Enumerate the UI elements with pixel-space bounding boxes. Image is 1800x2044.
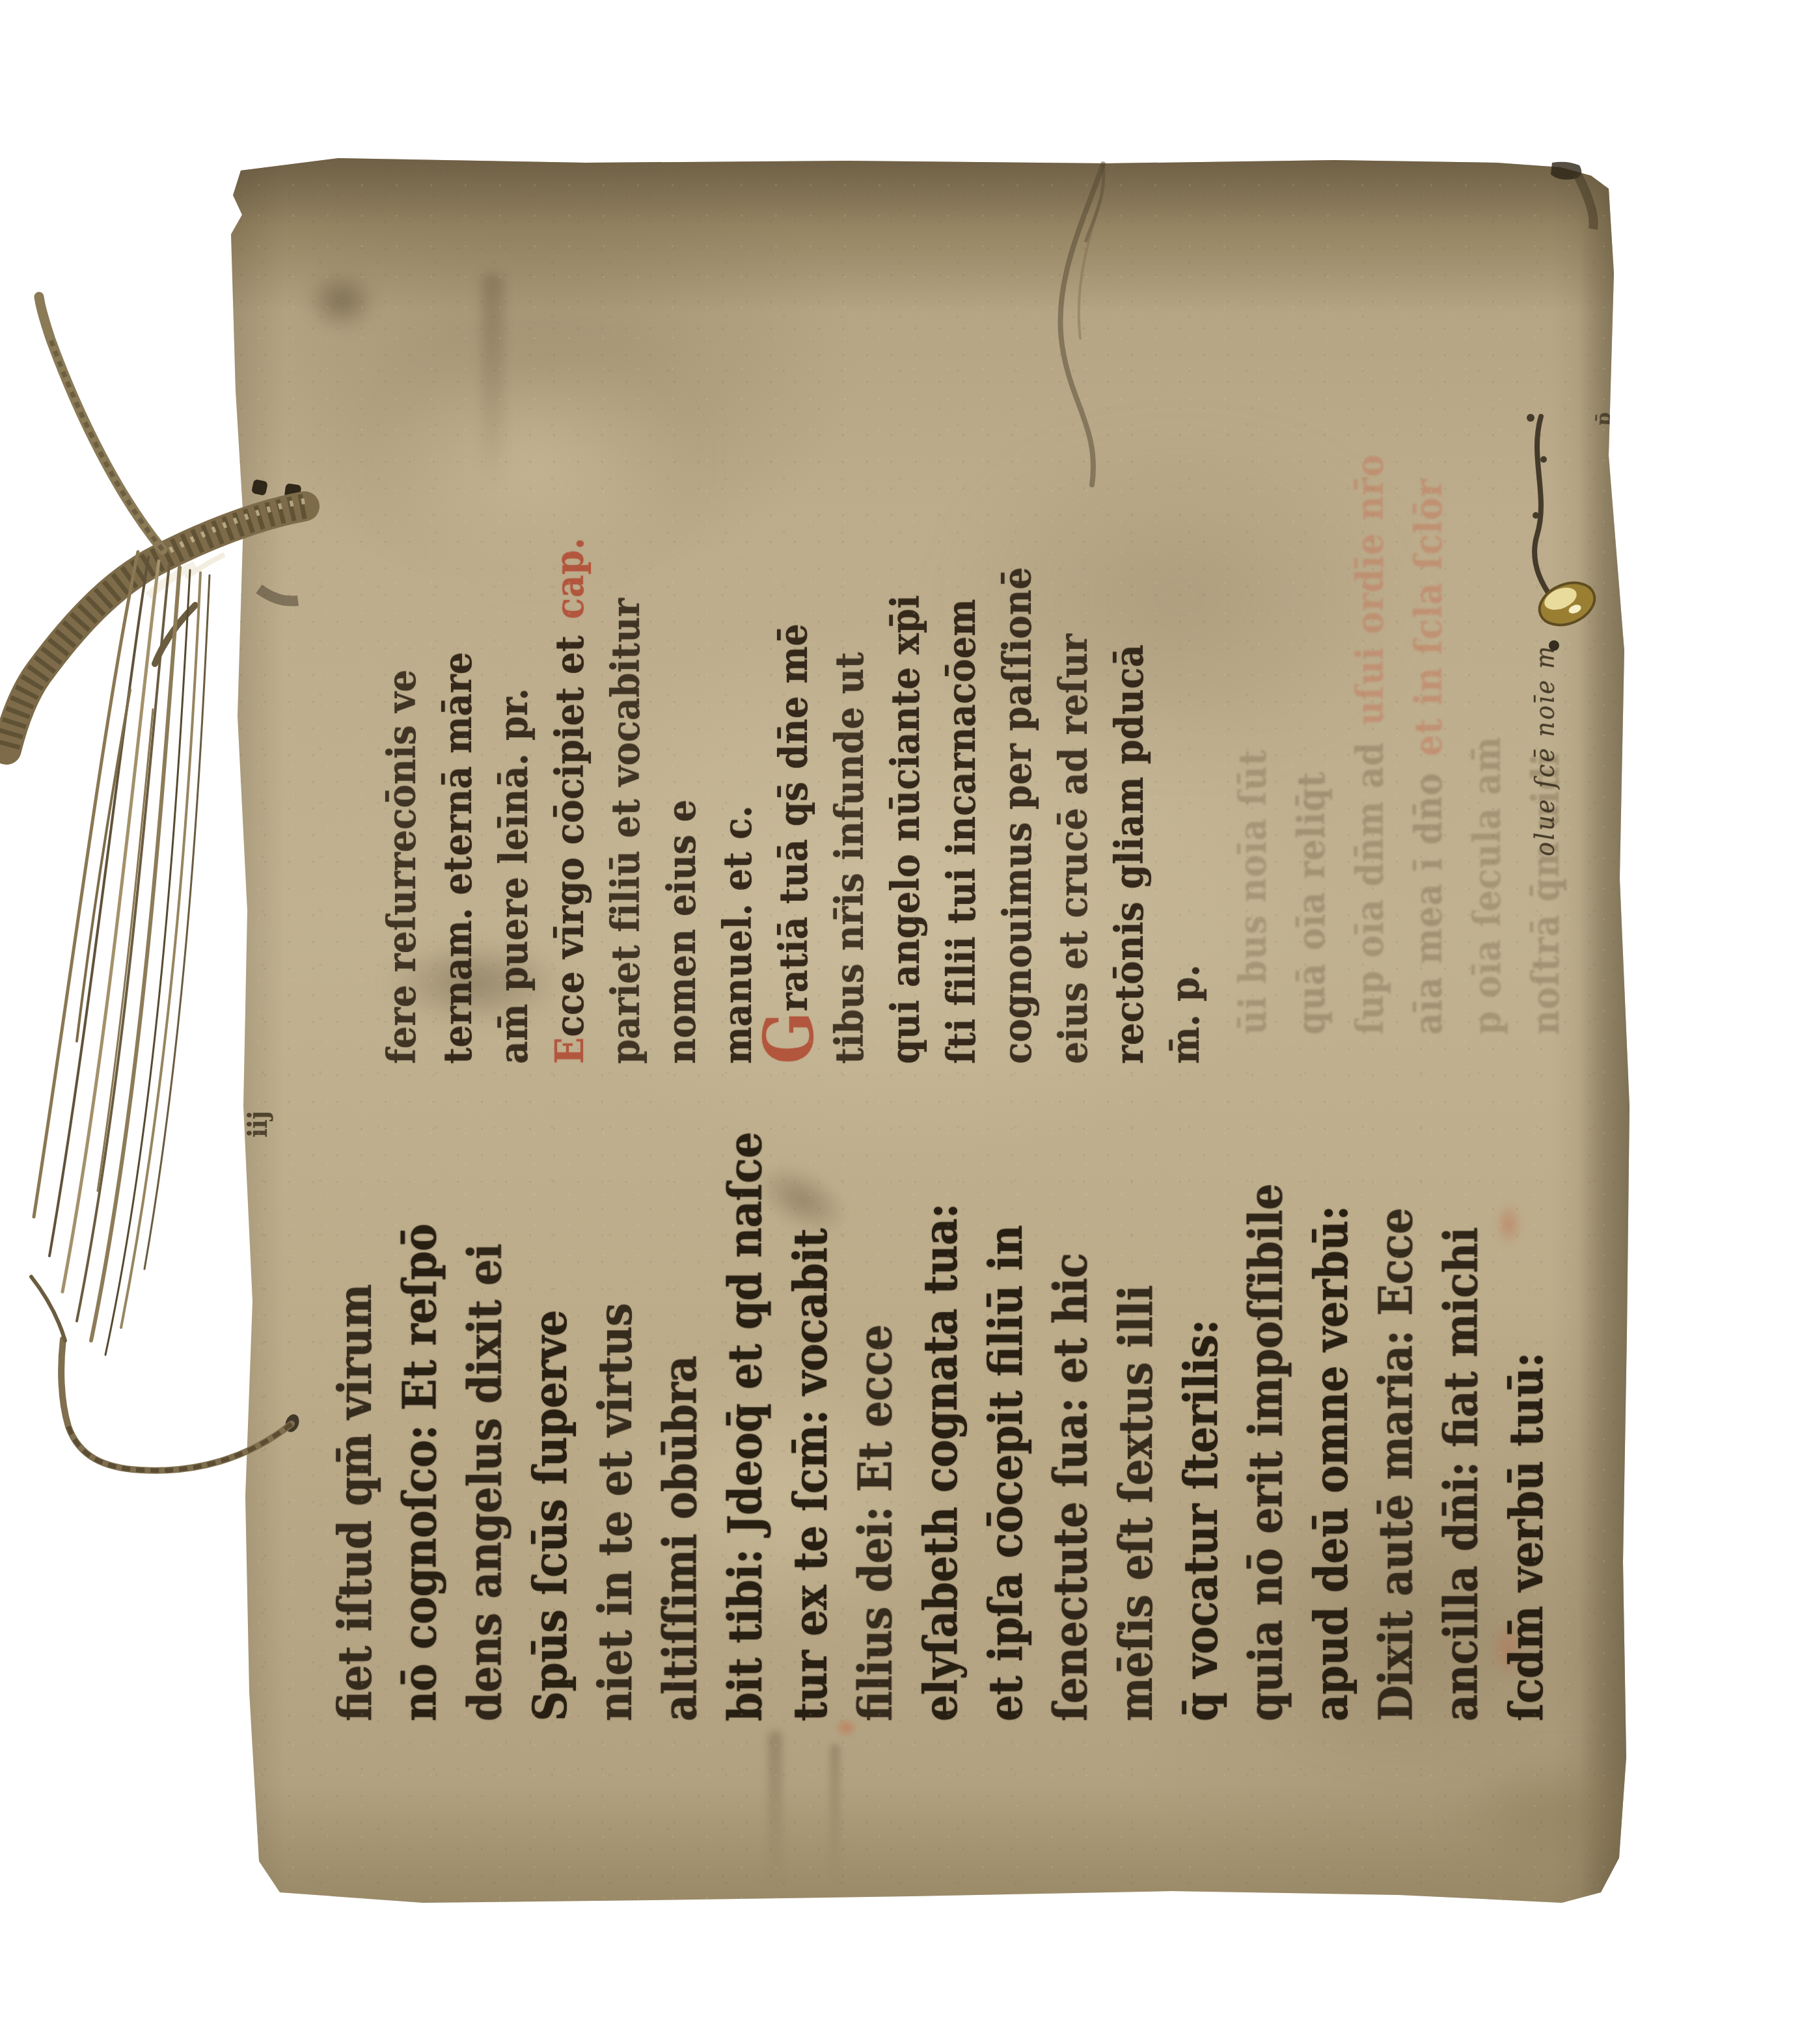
line-text: Dixit autē maria: Ecce bbox=[1369, 1208, 1423, 1721]
text-line: ancilla dn̄i: fiat michi bbox=[1426, 1178, 1496, 1721]
edge-inscription: olue ſcē noīe m bbox=[1524, 577, 1566, 856]
text-line: ſcdm̄ verbū tuū: bbox=[1492, 1178, 1561, 1721]
line-text: ratiā tuā qs̄ dn̄e mē bbox=[771, 623, 817, 1011]
text-line: manuel. et c. bbox=[708, 427, 768, 1064]
line-text: ſenectute ſua: et hic bbox=[1043, 1253, 1097, 1721]
line-text: cognouimus per paſſionē bbox=[995, 567, 1041, 1064]
text-line: pariet filiū et vocabitur bbox=[596, 427, 656, 1064]
line-text: olue ſcē noīe m bbox=[1529, 644, 1560, 856]
line-text: qui angelo nūciante xp̄i bbox=[883, 595, 929, 1064]
quire-signature-text: iij bbox=[239, 1085, 276, 1138]
text-line: Spūs ſcūs ſuperve bbox=[515, 1178, 585, 1721]
text-line: elyſabeth cognata tua: bbox=[906, 1178, 975, 1721]
text-line: am̄ puere leīnā. pr. bbox=[484, 427, 544, 1064]
text-line: et ipſa cōcepit filiū in bbox=[971, 1178, 1041, 1721]
text-line: q̄ vocatur ſterilis: bbox=[1166, 1178, 1236, 1721]
line-text: aīa mea ī dn̄o bbox=[1406, 772, 1451, 1035]
text-line: ſenectute ſua: et hic bbox=[1036, 1178, 1106, 1721]
line-text: quā oīa reliq̄t bbox=[1289, 771, 1333, 1035]
lower-text-block: fiet iſtud qm̄ virumnō cognoſco: Et reſp… bbox=[322, 1155, 1559, 1721]
manuscript-cover: fere reſurrecōnis veternam. eternā mārea… bbox=[229, 155, 1635, 1907]
upper-text-lines: fere reſurrecōnis veternam. eternā mārea… bbox=[374, 400, 1214, 1064]
line-text: apud deū omne verbū: bbox=[1303, 1205, 1357, 1721]
text-line: cognouimus per paſſionē bbox=[988, 427, 1048, 1064]
stain bbox=[1451, 1751, 1666, 1874]
rubric-initial: E bbox=[547, 1037, 593, 1064]
text-line: tur ex te ſcm̄: vocabit bbox=[776, 1178, 845, 1721]
stain bbox=[742, 1149, 862, 1250]
line-text: ſti filii tui incarnacōem bbox=[939, 599, 985, 1064]
text-line: p oīa ſecula am̄ bbox=[1456, 251, 1518, 1035]
text-line: fere reſurrecōnis ve bbox=[372, 427, 432, 1064]
line-text: pariet filiū et vocabitur bbox=[603, 598, 649, 1064]
line-text: fere reſurrecōnis ve bbox=[379, 670, 426, 1064]
line-text: nō cognoſco: Et reſpō bbox=[392, 1223, 446, 1721]
rubric-text: cap. bbox=[547, 538, 593, 620]
rubric-initial: G bbox=[750, 1011, 830, 1064]
line-text: manuel. et c. bbox=[715, 806, 761, 1064]
text-line: Dixit autē maria: Ecce bbox=[1361, 1178, 1431, 1721]
line-text: m̄. p. bbox=[1163, 964, 1209, 1064]
line-text: iij bbox=[241, 1111, 273, 1138]
line-text: cce vīrgo cōcipiet et bbox=[547, 635, 593, 1037]
text-line: dens angelus dixit ei bbox=[450, 1178, 520, 1721]
line-text: p oīa ſecula am̄ bbox=[1465, 736, 1509, 1035]
line-text: Spūs ſcūs ſuperve bbox=[523, 1310, 577, 1721]
text-line: quā oīa reliq̄t bbox=[1280, 251, 1343, 1035]
line-text: dens angelus dixit ei bbox=[457, 1244, 511, 1721]
text-line: m̄. p. bbox=[1156, 427, 1216, 1064]
line-text: ūi bus noīa ſūt bbox=[1231, 749, 1275, 1035]
text-line: Gratiā tuā qs̄ dn̄e mē bbox=[764, 427, 824, 1064]
line-text: tibus nr̄is infunde ut bbox=[827, 652, 873, 1064]
line-text: elyſabeth cognata tua: bbox=[913, 1203, 967, 1721]
stain bbox=[306, 270, 377, 332]
fringe-threads bbox=[34, 552, 210, 1355]
line-text: filius dei: Et ecce bbox=[848, 1324, 902, 1721]
bleedthrough-lines: ūi bus noīa ſūtquā oīa reliq̄tſup oīa dn… bbox=[1223, 218, 1578, 1035]
line-text: ſup oīa dn̄m ad bbox=[1348, 742, 1392, 1035]
text-line: ſti filii tui incarnacōem bbox=[932, 427, 992, 1064]
line-text: ſcdm̄ verbū tuū: bbox=[1499, 1352, 1553, 1721]
fore-edge-turnover bbox=[1579, 155, 1635, 1907]
text-line: ſup oīa dn̄m aduſui ordīe nr̄o bbox=[1339, 251, 1401, 1035]
line-text: altiſſimi obūbra bbox=[653, 1356, 707, 1721]
line-text: tur ex te ſcm̄: vocabit bbox=[783, 1229, 837, 1721]
text-line: altiſſimi obūbra bbox=[646, 1178, 715, 1721]
text-line: bit tibi: Jdeoq̄ et qd naſce bbox=[711, 1178, 780, 1721]
stain bbox=[580, 1359, 984, 1632]
text-line: mēſis eſt ſextus illi bbox=[1101, 1178, 1171, 1721]
line-text: ternam. eternā māre bbox=[435, 652, 482, 1064]
stain bbox=[384, 940, 566, 1025]
line-text: noſtrā q̄m uidi bbox=[1523, 753, 1568, 1035]
text-line: filius dei: Et ecce bbox=[841, 1178, 910, 1721]
line-text: et ipſa cōcepit filiū in bbox=[978, 1225, 1032, 1721]
text-line: qui angelo nūciante xp̄i bbox=[876, 427, 936, 1064]
red-offset-mark bbox=[1490, 1618, 1525, 1680]
line-text: eius et crucē ad reſur bbox=[1051, 634, 1097, 1064]
stain bbox=[1231, 1489, 1570, 1769]
rubric-text: uſui ordīe nr̄o bbox=[1348, 454, 1392, 725]
red-offset-mark bbox=[1494, 1201, 1523, 1247]
upper-text-block: fere reſurrecōnis veternam. eternā mārea… bbox=[374, 400, 1214, 1064]
line-text: q̄ vocatur ſterilis: bbox=[1173, 1320, 1227, 1721]
line-text: quia nō erit impoſſibile bbox=[1238, 1184, 1292, 1721]
stain bbox=[768, 1731, 782, 1887]
line-text: am̄ puere leīnā. pr. bbox=[491, 688, 538, 1064]
text-line: aīa mea ī dn̄oet in ſcla ſclōr bbox=[1397, 251, 1460, 1035]
line-text: rectōnis gliam pducā bbox=[1107, 644, 1153, 1064]
text-line: iij bbox=[238, 1087, 277, 1138]
red-offset-mark bbox=[834, 1718, 858, 1737]
text-line: nomen eius e bbox=[652, 427, 712, 1064]
line-text: ancilla dn̄i: fiat michi bbox=[1434, 1227, 1488, 1721]
line-text: nomen eius e bbox=[659, 800, 705, 1065]
text-line: apud deū omne verbū: bbox=[1296, 1178, 1366, 1721]
stain bbox=[482, 273, 504, 488]
text-line: tibus nr̄is infunde ut bbox=[820, 427, 880, 1064]
text-line: noſtrā q̄m uidi bbox=[1514, 251, 1577, 1035]
line-text: bit tibi: Jdeoq̄ et qd naſce bbox=[718, 1132, 772, 1721]
text-line: fiet iſtud qm̄ virum bbox=[320, 1178, 390, 1721]
text-line: nō cognoſco: Et reſpō bbox=[385, 1178, 455, 1721]
edge-ink-mark: p̄ bbox=[1592, 411, 1615, 426]
stain bbox=[364, 338, 703, 586]
bleedthrough-text: ūi bus noīa ſūtquā oīa reliq̄tſup oīa dn… bbox=[1223, 218, 1578, 1035]
rubric-text: et in ſcla ſclōr bbox=[1406, 478, 1451, 756]
line-text: mēſis eſt ſextus illi bbox=[1108, 1285, 1162, 1721]
quire-signature: iij bbox=[239, 1085, 276, 1138]
line-text: niet in te et virtus bbox=[588, 1303, 642, 1721]
text-line: eius et crucē ad reſur bbox=[1044, 427, 1104, 1064]
stain bbox=[830, 1744, 840, 1881]
text-line: ternam. eternā māre bbox=[428, 427, 488, 1064]
text-line: quia nō erit impoſſibile bbox=[1231, 1178, 1301, 1721]
text-line: ūi bus noīa ſūt bbox=[1221, 251, 1284, 1035]
line-text: fiet iſtud qm̄ virum bbox=[327, 1284, 381, 1721]
text-line: Ecce vīrgo cōcipiet etcap. bbox=[540, 427, 600, 1064]
edge-inscription-text: olue ſcē noīe m bbox=[1524, 577, 1566, 856]
text-line: niet in te et virtus bbox=[580, 1178, 650, 1721]
text-line: rectōnis gliam pducā bbox=[1100, 427, 1160, 1064]
photo-background: fere reſurrecōnis veternam. eternā mārea… bbox=[0, 0, 1800, 2044]
lower-text-lines: fiet iſtud qm̄ virumnō cognoſco: Et reſp… bbox=[322, 1155, 1559, 1721]
text-line: olue ſcē noīe m bbox=[1523, 588, 1567, 856]
stain bbox=[945, 428, 1413, 767]
